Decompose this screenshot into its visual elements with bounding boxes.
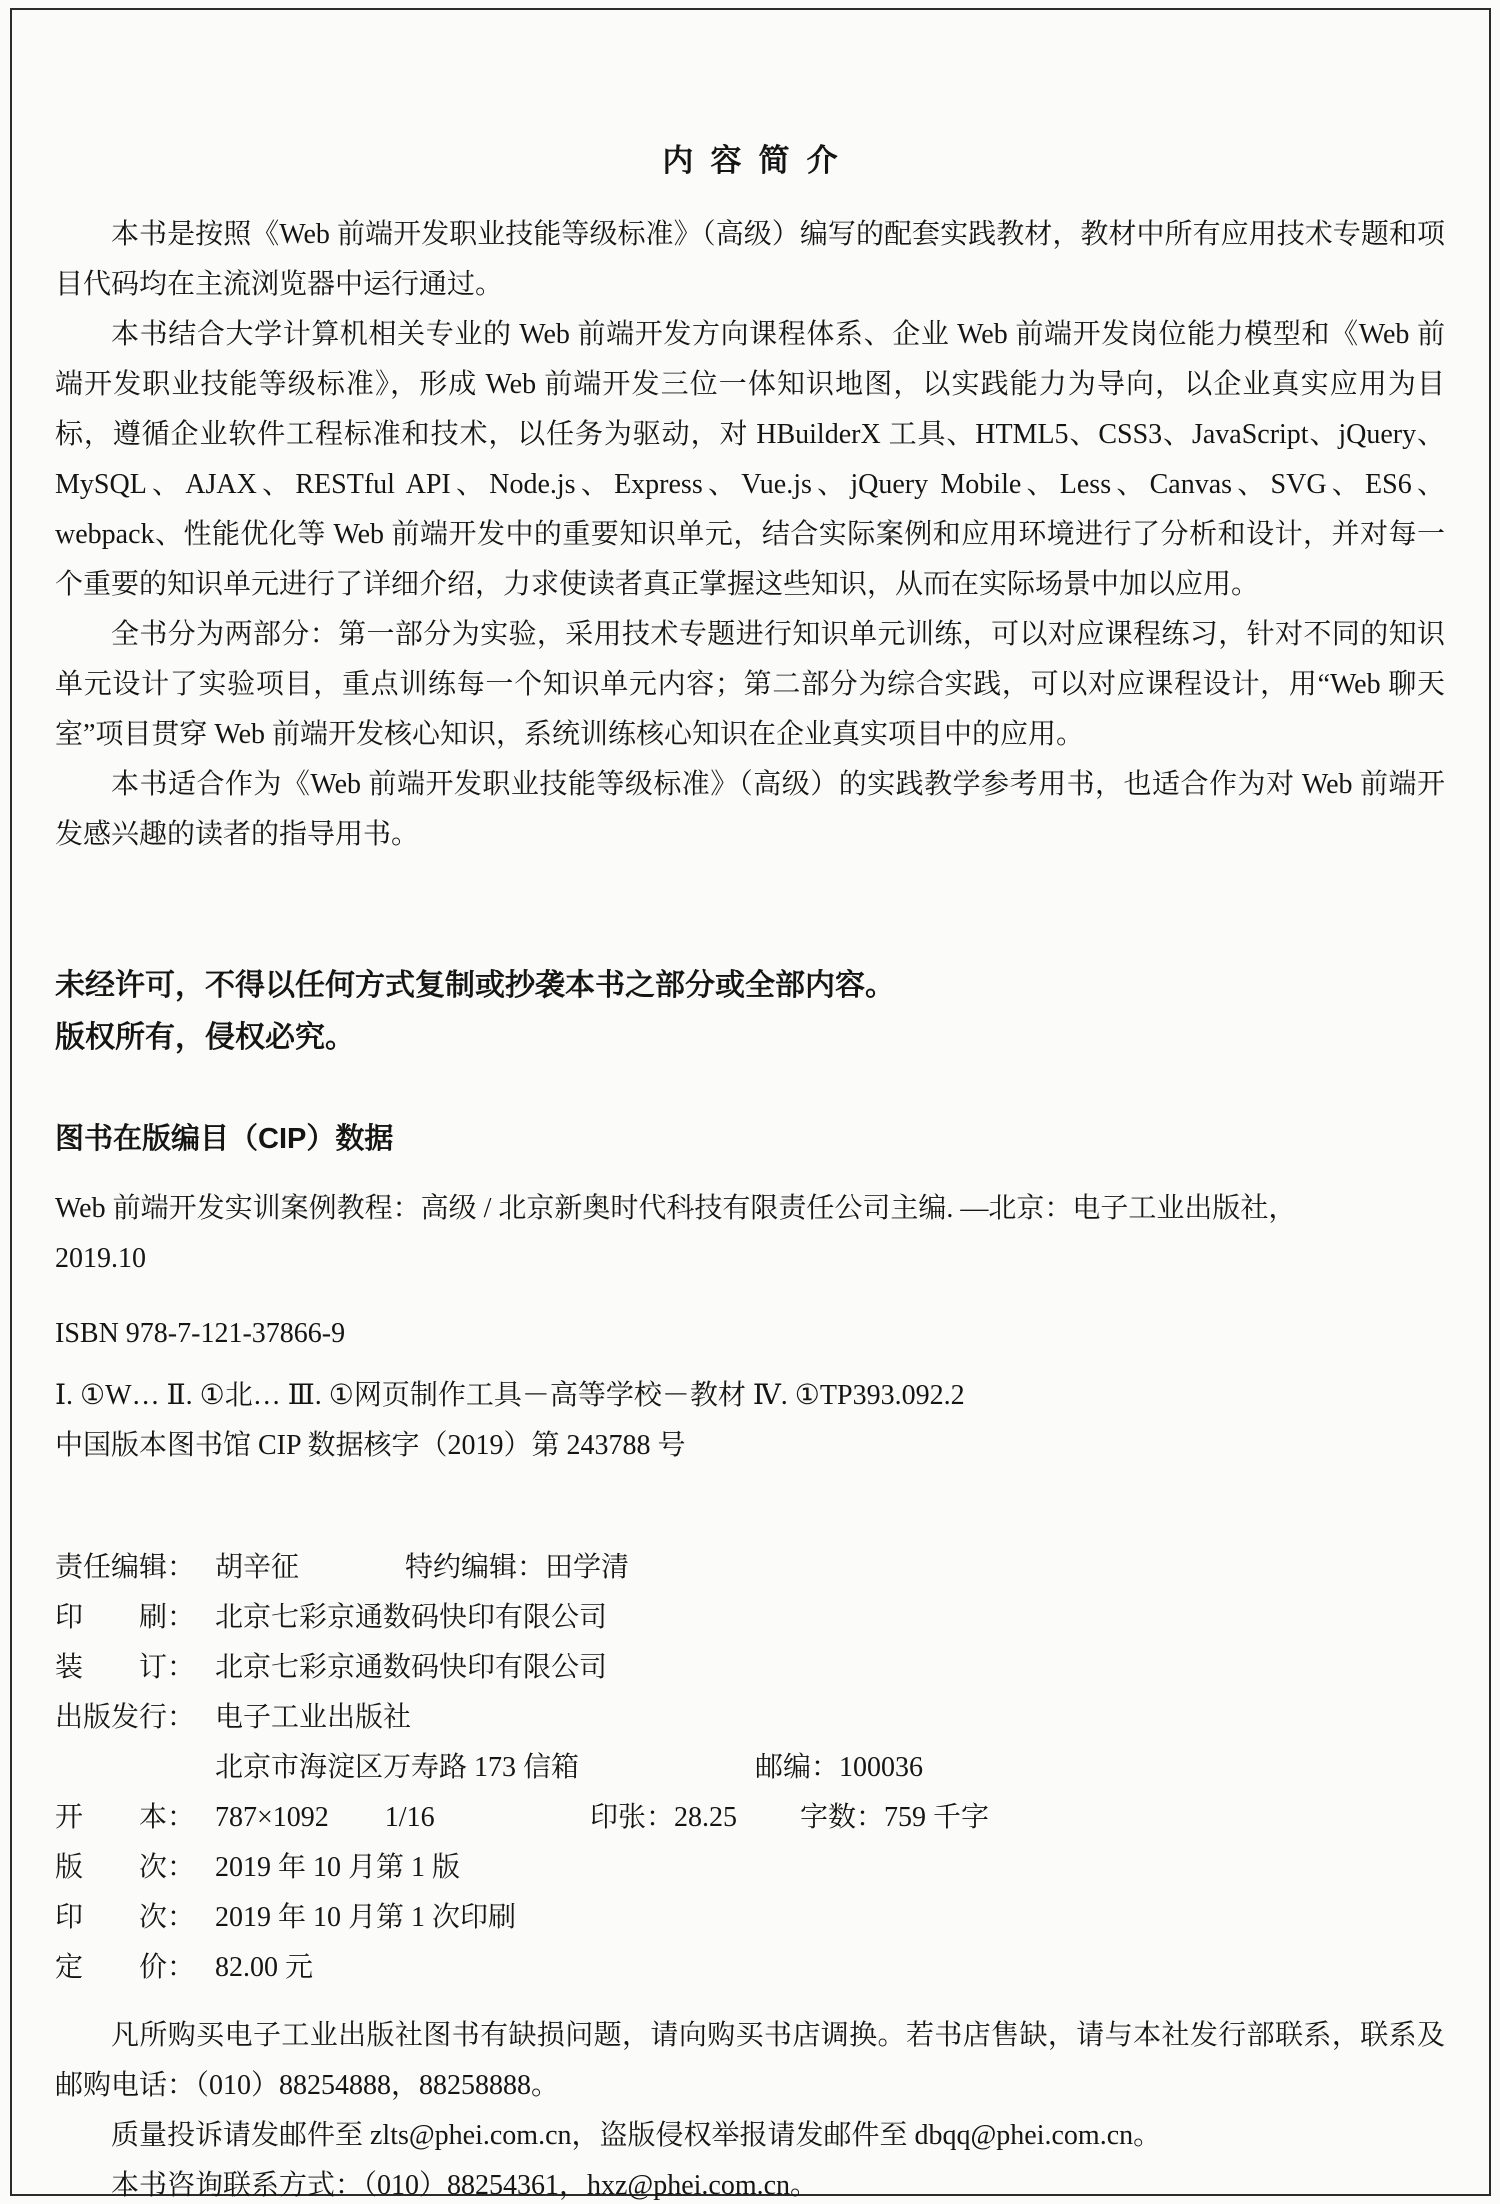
cip-record: Web 前端开发实训案例教程：高级 / 北京新奥时代科技有限责任公司主编. —北… — [55, 1184, 1445, 1284]
colophon-row-format: 开 本： 787×1092 1/16 印张：28.25 字数：759 千字 — [55, 1793, 1445, 1843]
colophon-label: 定 价： — [55, 1943, 215, 1993]
isbn: ISBN 978-7-121-37866-9 — [55, 1309, 1445, 1359]
copyright-notice: 未经许可，不得以任何方式复制或抄袭本书之部分或全部内容。 版权所有，侵权必究。 — [55, 960, 1445, 1064]
intro-paragraph: 全书分为两部分：第一部分为实验，采用技术专题进行知识单元训练，可以对应课程练习，… — [55, 610, 1445, 760]
colophon-label: 开 本： — [55, 1793, 215, 1843]
intro-paragraph: 本书是按照《Web 前端开发职业技能等级标准》（高级）编写的配套实践教材，教材中… — [55, 210, 1445, 310]
intro-paragraph: 本书适合作为《Web 前端开发职业技能等级标准》（高级）的实践教学参考用书，也适… — [55, 760, 1445, 860]
intro-title: 内容简介 — [55, 135, 1445, 180]
colophon-value: 北京市海淀区万寿路 173 信箱 — [215, 1743, 755, 1793]
intro-paragraph: 本书结合大学计算机相关专业的 Web 前端开发方向课程体系、企业 Web 前端开… — [55, 310, 1445, 610]
colophon-label: 装 订： — [55, 1643, 215, 1693]
colophon-row-editors: 责任编辑： 胡辛征 特约编辑：田学清 — [55, 1543, 1445, 1593]
intro-section: 本书是按照《Web 前端开发职业技能等级标准》（高级）编写的配套实践教材，教材中… — [55, 210, 1445, 860]
colophon-row-price: 定 价： 82.00 元 — [55, 1943, 1445, 1993]
colophon-label: 责任编辑： — [55, 1543, 215, 1593]
service-note: 本书咨询联系方式：（010）88254361，hxz@phei.com.cn。 — [55, 2161, 1445, 2204]
service-notes: 凡所购买电子工业出版社图书有缺损问题，请向购买书店调换。若书店售缺，请与本社发行… — [55, 2011, 1445, 2204]
book-copyright-page: 内容简介 本书是按照《Web 前端开发职业技能等级标准》（高级）编写的配套实践教… — [0, 0, 1500, 2204]
copyright-line: 未经许可，不得以任何方式复制或抄袭本书之部分或全部内容。 — [55, 960, 1445, 1012]
colophon-value: 787×1092 1/16 — [215, 1793, 590, 1843]
colophon-label: 印 刷： — [55, 1593, 215, 1643]
cip-classification: Ⅰ. ①W… Ⅱ. ①北… Ⅲ. ①网页制作工具－高等学校－教材 Ⅳ. ①TP3… — [55, 1371, 1445, 1421]
colophon-value: 2019 年 10 月第 1 版 — [215, 1843, 460, 1893]
colophon-value: 2019 年 10 月第 1 次印刷 — [215, 1893, 516, 1943]
cip-registry: 中国版本图书馆 CIP 数据核字（2019）第 243788 号 — [55, 1421, 1445, 1471]
colophon-row-address: 北京市海淀区万寿路 173 信箱 邮编：100036 — [55, 1743, 1445, 1793]
cip-record-line: Web 前端开发实训案例教程：高级 / 北京新奥时代科技有限责任公司主编. —北… — [55, 1184, 1445, 1234]
colophon-value: 电子工业出版社 — [215, 1693, 411, 1743]
colophon-value: 82.00 元 — [215, 1943, 313, 1993]
colophon: 责任编辑： 胡辛征 特约编辑：田学清 印 刷： 北京七彩京通数码快印有限公司 装… — [55, 1543, 1445, 1993]
colophon-row-impression: 印 次： 2019 年 10 月第 1 次印刷 — [55, 1893, 1445, 1943]
colophon-label: 版 次： — [55, 1843, 215, 1893]
cip-record-line: 2019.10 — [55, 1234, 1445, 1284]
colophon-row-printer: 印 刷： 北京七彩京通数码快印有限公司 — [55, 1593, 1445, 1643]
colophon-row-binder: 装 订： 北京七彩京通数码快印有限公司 — [55, 1643, 1445, 1693]
colophon-label: 印 次： — [55, 1893, 215, 1943]
colophon-value: 字数：759 千字 — [800, 1793, 989, 1843]
colophon-row-publisher: 出版发行： 电子工业出版社 — [55, 1693, 1445, 1743]
colophon-label: 出版发行： — [55, 1693, 215, 1743]
colophon-value: 印张：28.25 — [590, 1793, 800, 1843]
service-note: 质量投诉请发邮件至 zlts@phei.com.cn，盗版侵权举报请发邮件至 d… — [55, 2111, 1445, 2161]
service-note: 凡所购买电子工业出版社图书有缺损问题，请向购买书店调换。若书店售缺，请与本社发行… — [55, 2011, 1445, 2111]
colophon-value: 北京七彩京通数码快印有限公司 — [215, 1643, 607, 1693]
colophon-value: 特约编辑：田学清 — [405, 1543, 629, 1593]
colophon-row-edition: 版 次： 2019 年 10 月第 1 版 — [55, 1843, 1445, 1893]
colophon-label — [55, 1743, 215, 1793]
colophon-value: 胡辛征 — [215, 1543, 405, 1593]
colophon-value: 北京七彩京通数码快印有限公司 — [215, 1593, 607, 1643]
copyright-line: 版权所有，侵权必究。 — [55, 1012, 1445, 1064]
cip-heading: 图书在版编目（CIP）数据 — [55, 1114, 1445, 1164]
page-content: 内容简介 本书是按照《Web 前端开发职业技能等级标准》（高级）编写的配套实践教… — [55, 0, 1445, 2204]
colophon-value: 邮编：100036 — [755, 1743, 923, 1793]
